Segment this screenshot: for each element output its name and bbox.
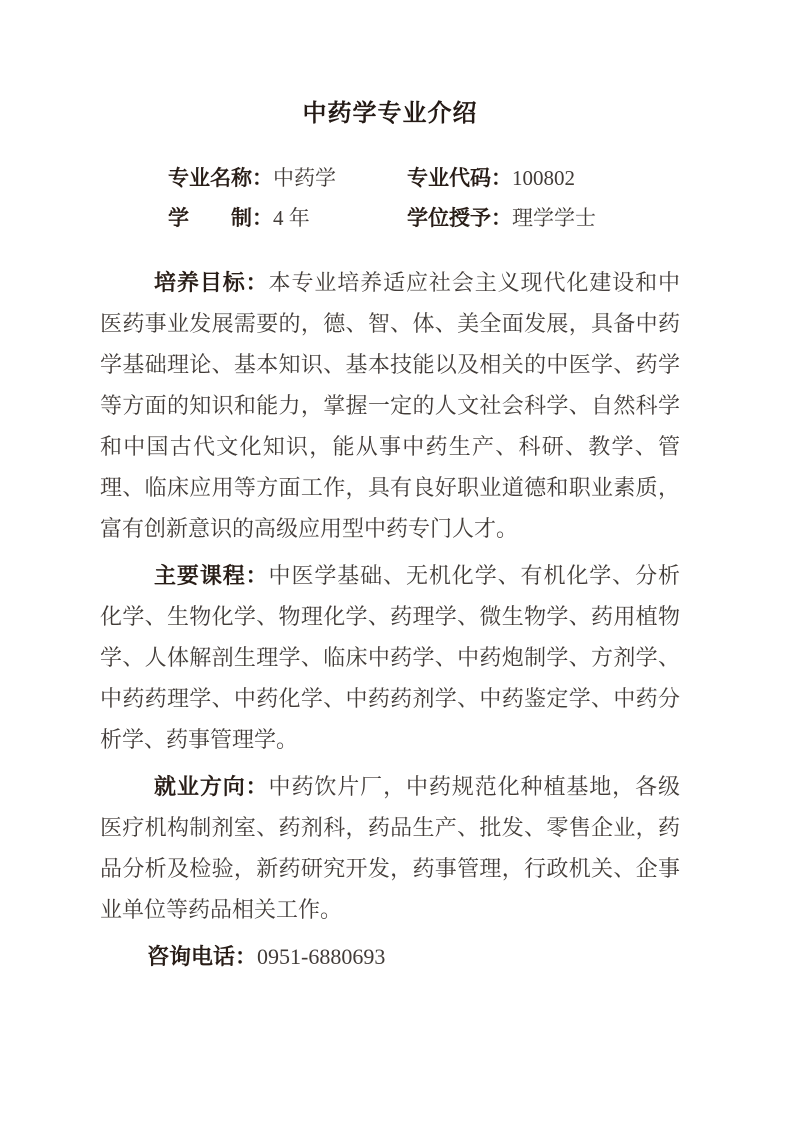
- document-page: 中药学专业介绍 专业名称：中药学 专业代码：100802 学 制：4 年 学位授…: [0, 0, 793, 1122]
- meta-section: 专业名称：中药学 专业代码：100802 学 制：4 年 学位授予：理学学士: [168, 158, 680, 238]
- duration-label: 学 制：: [168, 206, 273, 230]
- major-code-value: 100802: [512, 166, 575, 190]
- degree-label: 学位授予：: [407, 206, 512, 230]
- meta-row-2: 学 制：4 年 学位授予：理学学士: [168, 198, 680, 238]
- paragraph-employment-direction: 就业方向：中药饮片厂，中药规范化种植基地，各级医疗机构制剂室、药剂科，药品生产、…: [100, 766, 680, 930]
- meta-row-1: 专业名称：中药学 专业代码：100802: [168, 158, 680, 198]
- paragraph-training-objective: 培养目标：本专业培养适应社会主义现代化建设和中医药事业发展需要的，德、智、体、美…: [100, 262, 680, 549]
- meta-cell-major-code: 专业代码：100802: [407, 158, 575, 198]
- training-objective-text: 本专业培养适应社会主义现代化建设和中医药事业发展需要的，德、智、体、美全面发展，…: [100, 270, 680, 541]
- major-name-label: 专业名称：: [168, 166, 273, 190]
- major-code-label: 专业代码：: [407, 166, 512, 190]
- paragraph-main-courses: 主要课程：中医学基础、无机化学、有机化学、分析化学、生物化学、物理化学、药理学、…: [100, 555, 680, 760]
- meta-cell-duration: 学 制：4 年: [168, 198, 407, 238]
- main-courses-text: 中医学基础、无机化学、有机化学、分析化学、生物化学、物理化学、药理学、微生物学、…: [100, 563, 680, 752]
- major-name-value: 中药学: [273, 166, 336, 190]
- contact-phone-label: 咨询电话：: [147, 944, 257, 969]
- document-title: 中药学专业介绍: [100, 98, 680, 130]
- contact-line: 咨询电话：0951-6880693: [100, 936, 680, 977]
- training-objective-label: 培养目标：: [154, 270, 269, 295]
- degree-value: 理学学士: [512, 206, 596, 230]
- main-courses-label: 主要课程：: [154, 563, 269, 588]
- meta-cell-degree: 学位授予：理学学士: [407, 198, 596, 238]
- duration-value: 4 年: [273, 206, 310, 230]
- meta-cell-major-name: 专业名称：中药学: [168, 158, 407, 198]
- employment-direction-label: 就业方向：: [154, 774, 269, 799]
- contact-phone-value: 0951-6880693: [257, 944, 385, 969]
